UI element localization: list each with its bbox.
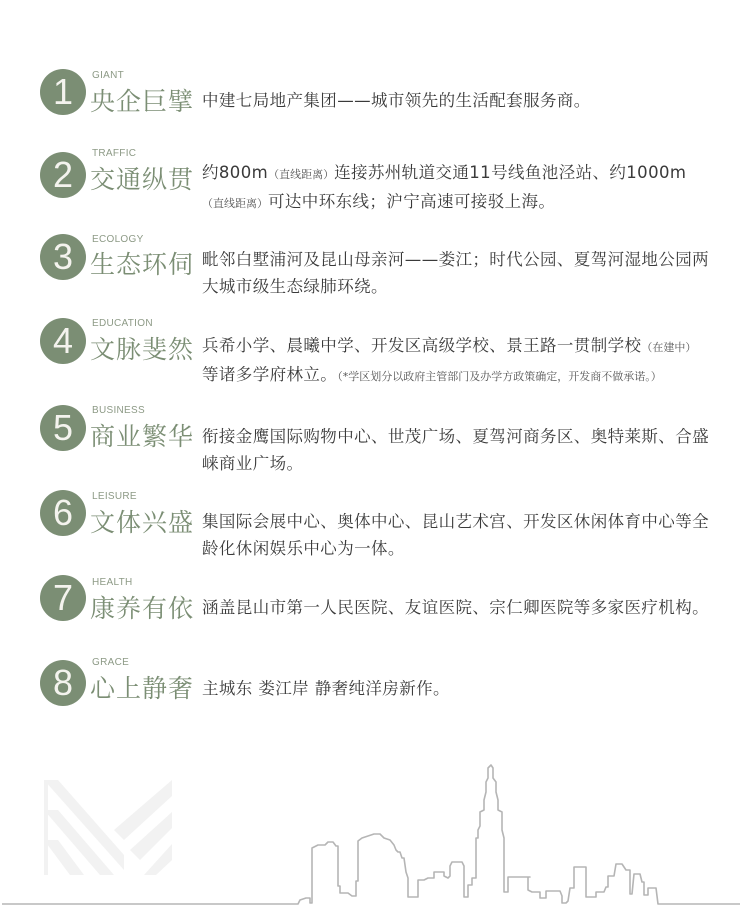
number-badge: 5 — [40, 405, 86, 451]
desc-note: （直线距离） — [202, 197, 268, 210]
feature-en-label: EDUCATION — [92, 318, 153, 329]
feature-description: 衔接金鹰国际购物中心、世茂广场、夏驾河商务区、奥特莱斯、合盛崃商业广场。 — [202, 423, 712, 477]
feature-en-label: TRAFFIC — [92, 148, 136, 159]
desc-note: （在建中） — [641, 341, 696, 354]
desc-note: （*学区划分以政府主管部门及办学方政策确定，开发商不做承诺。） — [337, 370, 662, 383]
feature-en-label: LEISURE — [92, 491, 137, 502]
feature-title: 康养有依 — [90, 589, 194, 625]
feature-en-label: ECOLOGY — [92, 234, 144, 245]
feature-en-label: GRACE — [92, 657, 129, 668]
feature-description: 涵盖昆山市第一人民医院、友谊医院、宗仁卿医院等多家医疗机构。 — [202, 594, 712, 621]
desc-note: （直线距离） — [268, 168, 334, 181]
desc-text: 约800m — [202, 163, 268, 182]
desc-text: 等诸多学府林立。 — [202, 365, 337, 384]
number-badge: 8 — [40, 660, 86, 706]
feature-en-label: BUSINESS — [92, 405, 145, 416]
city-skyline-illustration — [0, 760, 740, 918]
number-badge: 1 — [40, 69, 86, 115]
desc-text: 兵希小学、晨曦中学、开发区高级学校、景王路一贯制学校 — [202, 336, 641, 355]
feature-title: 商业繁华 — [90, 417, 194, 453]
feature-title: 央企巨擘 — [90, 82, 194, 118]
feature-title: 心上静奢 — [90, 669, 194, 705]
feature-description: 中建七局地产集团——城市领先的生活配套服务商。 — [202, 87, 712, 114]
number-badge: 7 — [40, 575, 86, 621]
number-badge: 2 — [40, 152, 86, 198]
feature-title: 生态环伺 — [90, 245, 194, 281]
feature-title: 交通纵贯 — [90, 160, 194, 196]
number-badge: 4 — [40, 318, 86, 364]
feature-en-label: HEALTH — [92, 577, 133, 588]
feature-title: 文体兴盛 — [90, 503, 194, 539]
feature-description: 约800m（直线距离）连接苏州轨道交通11号线鱼池泾站、约1000m （直线距离… — [202, 159, 712, 217]
feature-description: 毗邻白墅浦河及昆山母亲河——娄江；时代公园、夏驾河湿地公园两大城市级生态绿肺环绕… — [202, 246, 712, 300]
feature-description: 集国际会展中心、奥体中心、昆山艺术宫、开发区休闲体育中心等全龄化休闲娱乐中心为一… — [202, 508, 712, 562]
feature-title: 文脉斐然 — [90, 330, 194, 366]
number-badge: 3 — [40, 234, 86, 280]
feature-description: 兵希小学、晨曦中学、开发区高级学校、景王路一贯制学校（在建中） 等诸多学府林立。… — [202, 332, 712, 390]
desc-text: 可达中环东线；沪宁高速可接驳上海。 — [268, 192, 555, 211]
feature-description: 主城东 娄江岸 静奢纯洋房新作。 — [202, 675, 712, 702]
desc-text: 连接苏州轨道交通11号线鱼池泾站、约1000m — [334, 163, 686, 182]
number-badge: 6 — [40, 490, 86, 536]
feature-en-label: GIANT — [92, 70, 124, 81]
